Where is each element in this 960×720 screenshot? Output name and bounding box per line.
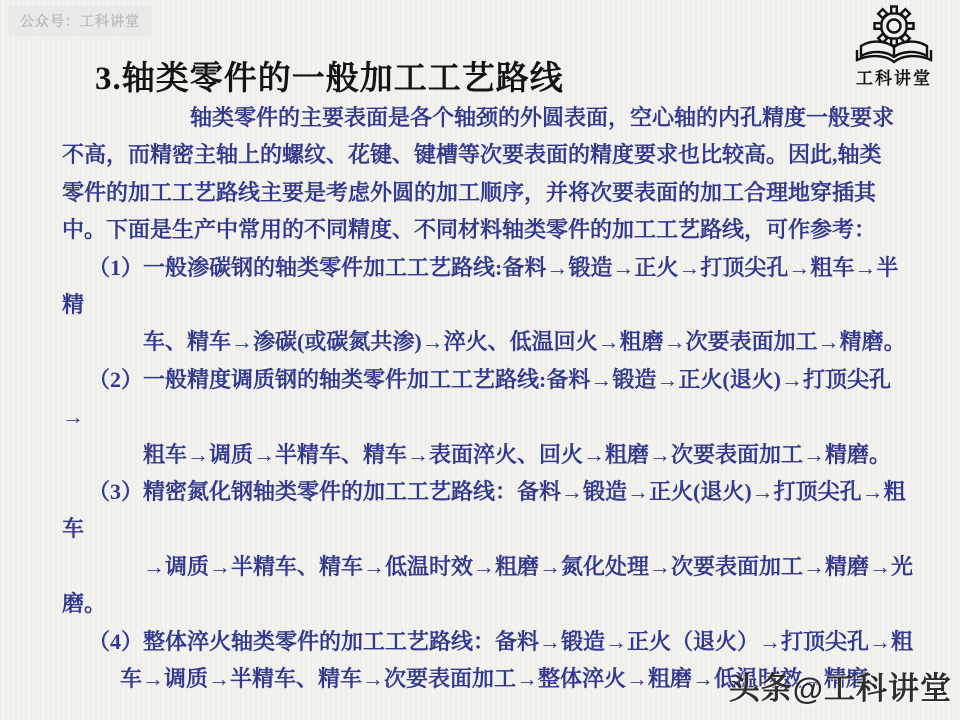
text-line: （1）一般渗碳钢的轴类零件加工工艺路线:备料→锻造→正火→打顶尖孔→粗车→半 — [62, 249, 940, 286]
text-line: 磨。 — [62, 585, 940, 622]
text-line: 不高，而精密主轴上的螺纹、花键、键槽等次要表面的精度要求也比较高。因此,轴类 — [62, 136, 940, 173]
text-line: （3）精密氮化钢轴类零件的加工工艺路线：备料→锻造→正火(退火)→打顶尖孔→粗 — [62, 473, 940, 510]
gear-icon — [875, 7, 914, 46]
text-line: 零件的加工工艺路线主要是考虑外圆的加工顺序，并将次要表面的加工合理地穿插其 — [62, 174, 940, 211]
top-watermark: 公众号：工科讲堂 — [8, 6, 152, 36]
gear-book-icon — [842, 4, 946, 66]
text-line: 车、精车→渗碳(或碳氮共渗)→淬火、低温回火→粗磨→次要表面加工→精磨。 — [62, 323, 940, 360]
text-line: →调质→半精车、精车→低温时效→粗磨→氮化处理→次要表面加工→精磨→光 — [62, 548, 940, 585]
text-line: 粗车→调质→半精车、精车→表面淬火、回火→粗磨→次要表面加工→精磨。 — [62, 436, 940, 473]
page-title: 3.轴类零件的一般加工工艺路线 — [95, 52, 564, 99]
brand-logo-text: 工科讲堂 — [842, 64, 946, 89]
text-line: （2）一般精度调质钢的轴类零件加工工艺路线:备料→锻造→正火(退火)→打顶尖孔 — [62, 361, 940, 398]
text-line: → — [62, 398, 940, 435]
bottom-watermark: 头条@工科讲堂 — [729, 663, 952, 708]
text-line: 精 — [62, 286, 940, 323]
text-line: 中。下面是生产中常用的不同精度、不同材料轴类零件的加工工艺路线，可作参考： — [62, 211, 940, 248]
text-line: （4）整体淬火轴类零件的加工工艺路线：备料→锻造→正火（退火）→打顶尖孔→粗 — [62, 623, 940, 660]
content-lines: 轴类零件的主要表面是各个轴颈的外圆表面，空心轴的内孔精度一般要求不高，而精密主轴… — [62, 99, 940, 698]
text-line: 车 — [62, 510, 940, 547]
text-line: 轴类零件的主要表面是各个轴颈的外圆表面，空心轴的内孔精度一般要求 — [62, 99, 940, 136]
brand-logo: 工科讲堂 — [842, 4, 946, 89]
